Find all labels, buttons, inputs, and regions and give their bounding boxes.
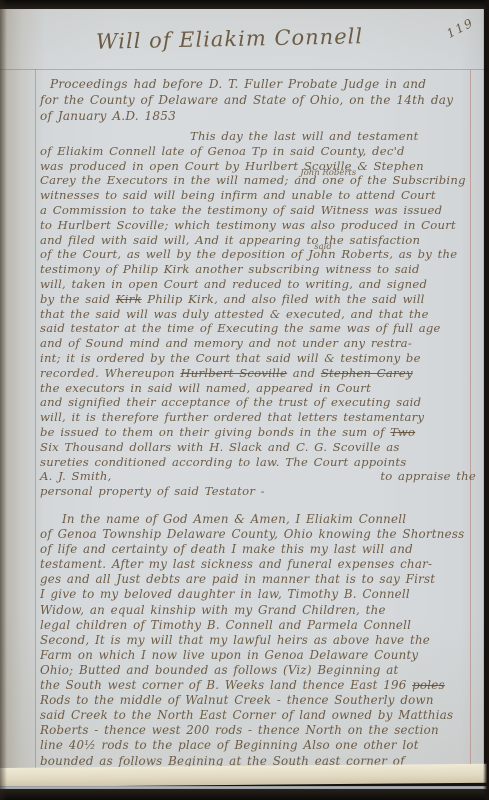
text-segment: I give to my beloved daughter in law, Ti… <box>40 587 410 601</box>
handwritten-line: sureties conditioned according to law. T… <box>40 455 476 470</box>
interlinear-insertion: John Roberts <box>300 166 356 181</box>
text-segment: testimony of Philip Kirk another subscri… <box>40 262 420 276</box>
handwritten-line: a Commission to take the testimony of sa… <box>40 203 476 218</box>
handwritten-line: of Genoa Township Delaware County, Ohio … <box>40 527 476 542</box>
text-segment: of life and certainty of death I make th… <box>40 542 413 556</box>
text-segment: legal children of Timothy B. Connell and… <box>40 618 411 632</box>
handwritten-line: Rods to the middle of Walnut Creek - the… <box>40 693 476 708</box>
text-segment: by the said <box>40 292 116 306</box>
handwritten-line: said testator at the time of Executing t… <box>40 321 476 336</box>
text-segment: In the name of God Amen & Amen, I Eliaki… <box>62 512 406 526</box>
handwritten-line: This day the last will and testament <box>40 129 476 144</box>
handwritten-line: of the Court, as well by the deposition … <box>40 247 476 262</box>
handwritten-line: will, it is therefore further ordered th… <box>40 410 476 425</box>
text-segment: Proceedings had before D. T. Fuller Prob… <box>50 77 426 91</box>
left-margin-line <box>35 69 36 771</box>
text-segment: the executors in said will named, appear… <box>40 381 371 395</box>
paragraph-probate-order: This day the last will and testamentof E… <box>40 129 476 499</box>
handwritten-line: Widow, an equal kinship with my Grand Ch… <box>40 603 476 618</box>
handwritten-line: Proceedings had before D. T. Fuller Prob… <box>40 76 476 92</box>
text-segment: Widow, an equal kinship with my Grand Ch… <box>40 603 386 617</box>
text-segment: and <box>287 366 321 380</box>
handwritten-line: of life and certainty of death I make th… <box>40 542 476 557</box>
text-segment: int; it is ordered by the Court that sai… <box>40 351 421 365</box>
text-segment: of Eliakim Connell late of Genoa Tp in s… <box>40 144 405 158</box>
text-segment: and signified their acceptance of the tr… <box>40 395 421 409</box>
handwritten-line: ges and all Just debts are paid in manne… <box>40 572 476 587</box>
text-segment: will, it is therefore further ordered th… <box>40 410 424 424</box>
text-segment: of January A.D. 1853 <box>40 109 176 123</box>
text-segment: Rods to the middle of Walnut Creek - the… <box>40 693 434 707</box>
text-segment: of the Court, as well by the deposition … <box>40 247 308 261</box>
text-segment: line 40½ rods to the place of Beginning … <box>40 738 419 752</box>
book-gutter-shadow <box>0 0 7 800</box>
handwritten-line: of Eliakim Connell late of Genoa Tp in s… <box>40 144 476 159</box>
text-segment: be issued to them on their giving bonds … <box>40 425 390 439</box>
text-segment: testament. After my last sickness and fu… <box>40 557 432 571</box>
handwritten-line: Second, It is my will that my lawful hei… <box>40 633 476 648</box>
handwritten-line: was produced in open Court by Hurlbert S… <box>40 159 476 174</box>
text-segment: was produced in open Court by Hurlbert S… <box>40 159 424 173</box>
handwritten-line: to Hurlbert Scoville; which testimony wa… <box>40 218 476 233</box>
header-rule-line <box>0 69 484 70</box>
handwritten-line: personal property of said Testator - <box>40 484 476 499</box>
struck-text: Hurlbert Scoville <box>180 366 287 380</box>
text-segment: John Robertssaid <box>308 247 389 261</box>
text-segment: and of Sound mind and memory and not und… <box>40 336 412 350</box>
text-segment: to Hurlbert Scoville; which testimony wa… <box>40 218 456 232</box>
photo-top-edge <box>0 0 489 9</box>
paragraph-will-text: In the name of God Amen & Amen, I Eliaki… <box>40 512 476 769</box>
handwritten-line: the South west corner of B. Weeks land t… <box>40 678 476 693</box>
text-segment: that the said will was duly attested & e… <box>40 307 429 321</box>
text-segment: Farm on which I now live upon in Genoa D… <box>40 648 418 662</box>
handwritten-line: A. J. Smith,to appraise the <box>40 469 476 484</box>
handwritten-line: In the name of God Amen & Amen, I Eliaki… <box>40 512 476 527</box>
handwritten-line: said Creek to the North East Corner of l… <box>40 708 476 723</box>
handwritten-line: the executors in said will named, appear… <box>40 381 476 396</box>
text-segment: and one of the SubscribingJohn Roberts <box>294 173 466 187</box>
photo-right-edge <box>483 0 489 800</box>
struck-text: Kirk <box>116 292 142 306</box>
handwritten-line: Roberts - thence west 200 rods - thence … <box>40 723 476 738</box>
handwritten-line: legal children of Timothy B. Connell and… <box>40 618 476 633</box>
scanned-ledger-page: Will of Eliakim Connell 119 Proceedings … <box>0 0 489 800</box>
handwritten-line: for the County of Delaware and State of … <box>40 92 476 108</box>
page-edges-below <box>0 764 489 787</box>
text-segment: ges and all Just debts are paid in manne… <box>40 572 435 586</box>
text-segment: , as by the <box>389 247 457 261</box>
text-segment: and filed with said will, And it appeari… <box>40 233 420 247</box>
text-segment: of Genoa Township Delaware County, Ohio … <box>40 527 464 541</box>
handwritten-line: of January A.D. 1853 <box>40 108 476 124</box>
text-segment: Ohio; Butted and bounded as follows (Viz… <box>40 663 399 677</box>
handwritten-line: recorded. Whereupon Hurlbert Scoville an… <box>40 366 476 381</box>
handwritten-line: witnesses to said will being infirm and … <box>40 188 476 203</box>
handwritten-line: by the said Kirk Philip Kirk, and also f… <box>40 292 476 307</box>
handwritten-line: I give to my beloved daughter in law, Ti… <box>40 587 476 602</box>
handwritten-line: testimony of Philip Kirk another subscri… <box>40 262 476 277</box>
text-segment: the South west corner of B. Weeks land t… <box>40 678 412 692</box>
struck-text: Two <box>390 425 415 439</box>
text-segment: sureties conditioned according to law. T… <box>40 455 406 469</box>
handwritten-line: will, taken in open Court and reduced to… <box>40 277 476 292</box>
text-segment: This day the last will and testament <box>190 129 419 143</box>
text-segment: Roberts - thence west 200 rods - thence … <box>40 723 439 737</box>
struck-text: Stephen Carey <box>321 366 413 380</box>
text-segment: recorded. Whereupon <box>40 366 180 380</box>
text-segment: A. J. Smith, <box>40 469 112 484</box>
handwritten-line: Farm on which I now live upon in Genoa D… <box>40 648 476 663</box>
text-segment: witnesses to said will being infirm and … <box>40 188 436 202</box>
text-segment: a Commission to take the testimony of sa… <box>40 203 442 217</box>
handwritten-line: Ohio; Butted and bounded as follows (Viz… <box>40 663 476 678</box>
text-segment: said Creek to the North East Corner of l… <box>40 708 453 722</box>
handwritten-line: that the said will was duly attested & e… <box>40 307 476 322</box>
handwritten-line: testament. After my last sickness and fu… <box>40 557 476 572</box>
handwritten-line: and filed with said will, And it appeari… <box>40 233 476 248</box>
text-segment: Carey the Executors in the will named; <box>40 173 294 187</box>
handwritten-line: be issued to them on their giving bonds … <box>40 425 476 440</box>
handwritten-line: Six Thousand dollars with H. Slack and C… <box>40 440 476 455</box>
text-segment: Six Thousand dollars with H. Slack and C… <box>40 440 400 454</box>
text-segment: personal property of said Testator - <box>40 484 265 498</box>
text-segment: said testator at the time of Executing t… <box>40 321 441 335</box>
photo-bottom-edge <box>0 789 489 800</box>
text-segment: Philip Kirk, and also filed with the sai… <box>142 292 425 306</box>
handwritten-line: Carey the Executors in the will named; a… <box>40 173 476 188</box>
handwritten-line: and of Sound mind and memory and not und… <box>40 336 476 351</box>
handwritten-line: line 40½ rods to the place of Beginning … <box>40 738 476 753</box>
struck-text: poles <box>412 678 445 692</box>
text-segment: to appraise the <box>380 469 476 484</box>
text-segment: Second, It is my will that my lawful hei… <box>40 633 430 647</box>
text-segment: for the County of Delaware and State of … <box>40 93 453 107</box>
handwritten-line: and signified their acceptance of the tr… <box>40 395 476 410</box>
text-segment: will, taken in open Court and reduced to… <box>40 277 427 291</box>
paragraph-proceedings: Proceedings had before D. T. Fuller Prob… <box>40 76 476 125</box>
interlinear-insertion: said <box>314 240 332 255</box>
handwritten-line: int; it is ordered by the Court that sai… <box>40 351 476 366</box>
